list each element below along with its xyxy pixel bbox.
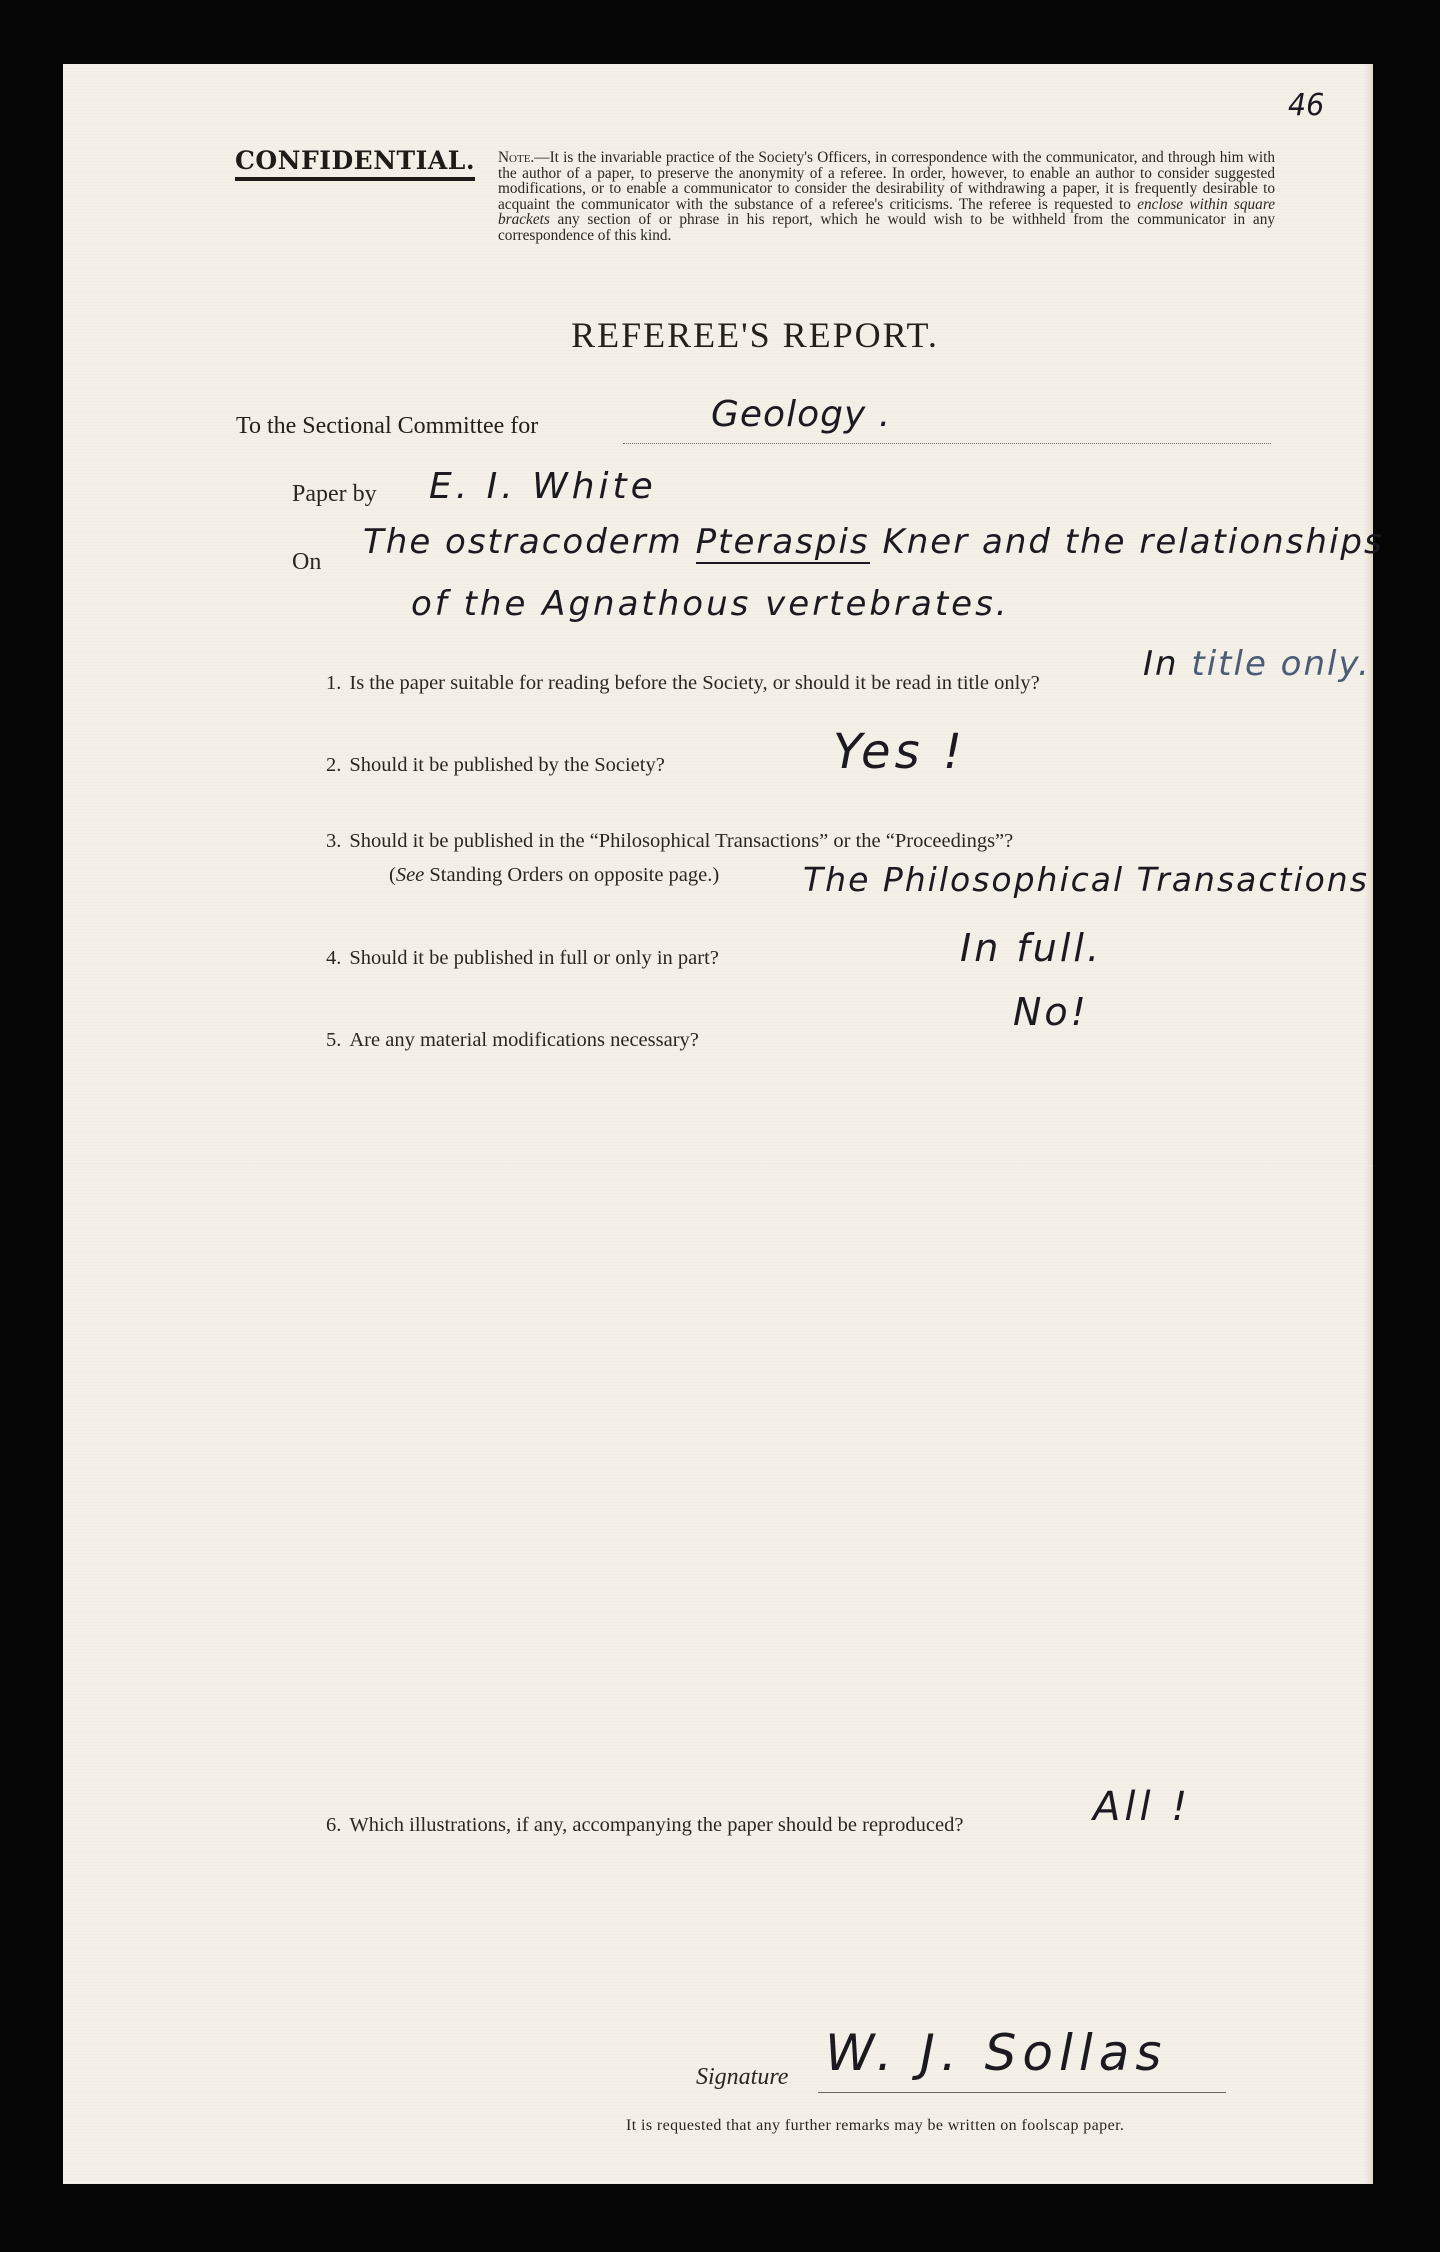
page-number: 46 bbox=[1288, 88, 1324, 123]
paper-by-label: Paper by bbox=[292, 481, 377, 508]
question-2: 2.Should it be published by the Society? bbox=[326, 754, 665, 777]
committee-label: To the Sectional Committee for bbox=[236, 413, 538, 440]
question-text: Are any material modifications necessary… bbox=[349, 1029, 699, 1051]
question-number: 3. bbox=[326, 830, 341, 852]
signature-label: Signature bbox=[696, 2064, 788, 2091]
paper-title-line-1: The ostracoderm Pteraspis Kner and the r… bbox=[363, 522, 1384, 562]
answer-text-blue: title only. bbox=[1191, 644, 1370, 684]
question-number: 4. bbox=[326, 947, 341, 969]
answer-2: Yes ! bbox=[833, 724, 966, 780]
answer-3: The Philosophical Transactions bbox=[803, 860, 1369, 899]
referee-report-page: 46 CONFIDENTIAL. Note.—It is the invaria… bbox=[63, 64, 1373, 2184]
paper-title-line-2: of the Agnathous vertebrates. bbox=[411, 584, 1010, 624]
answer-text: In bbox=[1143, 644, 1191, 684]
question-3: 3.Should it be published in the “Philoso… bbox=[326, 830, 1013, 853]
question-text: Should it be published by the Society? bbox=[349, 754, 664, 776]
note-see: See bbox=[396, 864, 424, 886]
signature-value: W. J. Sollas bbox=[825, 2024, 1167, 2082]
question-3-note: (See Standing Orders on opposite page.) bbox=[389, 864, 719, 887]
paper-title-genus: Pteraspis bbox=[696, 522, 870, 564]
paper-title-part: The ostracoderm bbox=[363, 522, 696, 562]
question-number: 1. bbox=[326, 672, 341, 694]
paper-title-part: Kner and the relationships bbox=[870, 522, 1384, 562]
answer-5: No! bbox=[1013, 990, 1089, 1034]
note-text-2: any section of or phrase in his report, … bbox=[498, 211, 1275, 244]
question-number: 2. bbox=[326, 754, 341, 776]
paper-on-label: On bbox=[292, 549, 321, 576]
confidentiality-note: Note.—It is the invariable practice of t… bbox=[290, 150, 1275, 243]
committee-value: Geology . bbox=[711, 394, 891, 435]
committee-answer-line bbox=[623, 443, 1271, 444]
question-text: Should it be published in the “Philosoph… bbox=[349, 830, 1013, 852]
question-number: 6. bbox=[326, 1814, 341, 1836]
paper-author: E. I. White bbox=[429, 466, 657, 507]
report-title: REFEREE'S REPORT. bbox=[63, 314, 1373, 356]
answer-6: All ! bbox=[1093, 1784, 1191, 1830]
question-1: 1.Is the paper suitable for reading befo… bbox=[326, 672, 1040, 695]
note-label: Note. bbox=[498, 149, 534, 166]
question-6: 6.Which illustrations, if any, accompany… bbox=[326, 1814, 963, 1837]
question-5: 5.Are any material modifications necessa… bbox=[326, 1029, 699, 1052]
question-4: 4.Should it be published in full or only… bbox=[326, 947, 719, 970]
question-number: 5. bbox=[326, 1029, 341, 1051]
question-text: Is the paper suitable for reading before… bbox=[349, 672, 1039, 694]
question-text: Should it be published in full or only i… bbox=[349, 947, 719, 969]
footer-note: It is requested that any further remarks… bbox=[626, 2117, 1124, 2135]
note-rest: Standing Orders on opposite page.) bbox=[424, 864, 719, 886]
answer-4: In full. bbox=[960, 926, 1102, 970]
answer-1: In title only. bbox=[1143, 644, 1371, 684]
signature-line bbox=[818, 2092, 1226, 2093]
question-text: Which illustrations, if any, accompanyin… bbox=[349, 1814, 963, 1836]
note-paren: ( bbox=[389, 864, 396, 886]
paper-fold-line bbox=[63, 1164, 1373, 1166]
